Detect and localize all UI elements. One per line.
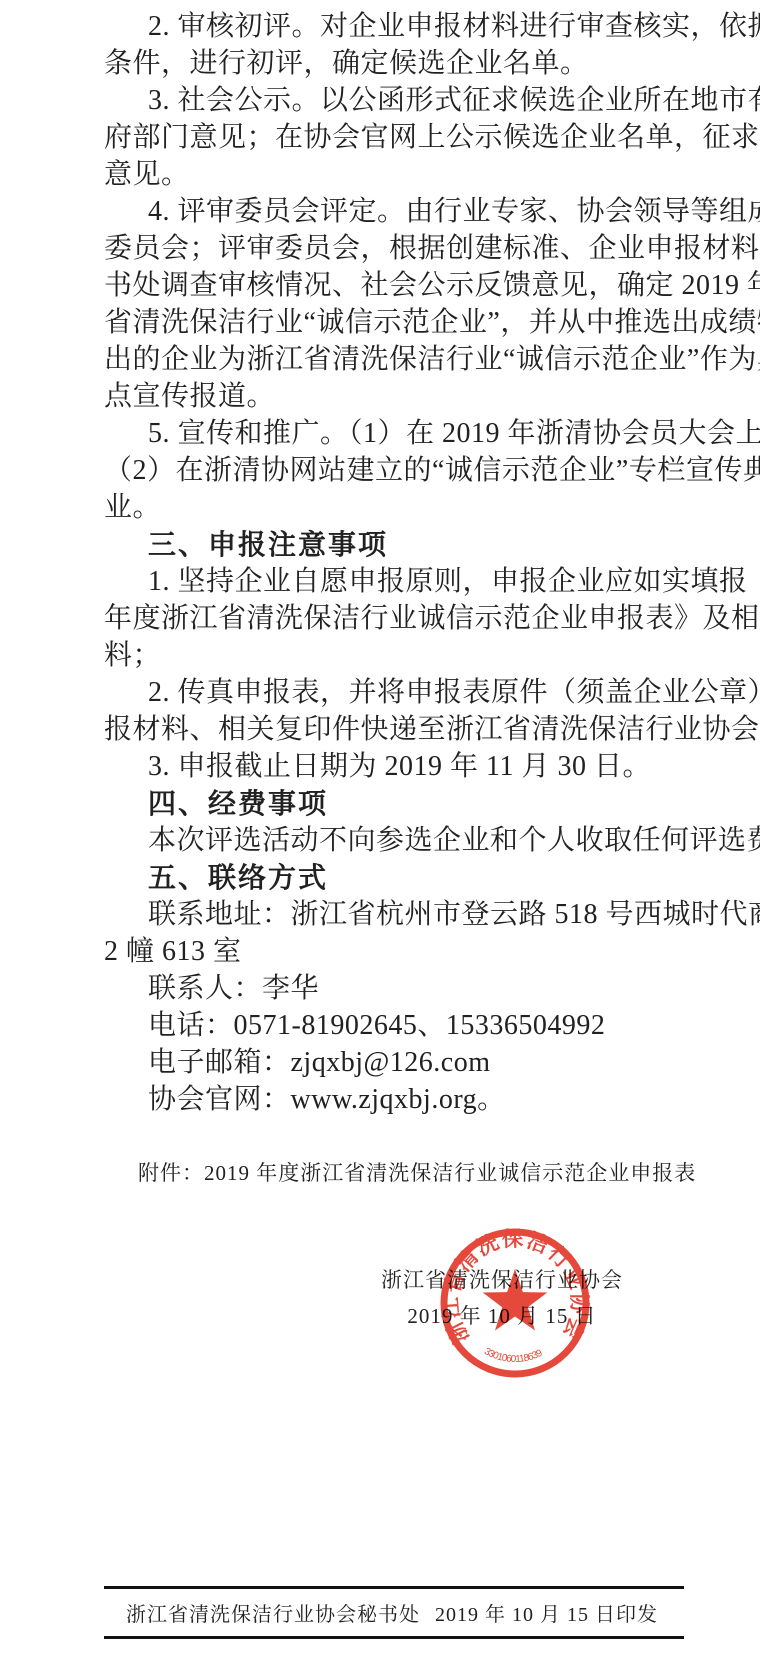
svg-text:3301060118639: 3301060118639 (482, 1346, 545, 1365)
contact-website-line: 协会官网：www.zjqxbj.org。 (0, 1081, 760, 1118)
contact-person-line: 联系人：李华 (0, 970, 760, 1007)
blank-line (0, 1118, 760, 1155)
official-seal: 浙江省清洗保洁行业协会 3301060118639 (429, 1217, 601, 1389)
body-line: 4. 评审委员会评定。由行业专家、协会领导等组成评审 (0, 193, 760, 230)
document-body: 2. 审核初评。对企业申报材料进行审查核实，依据推介 条件，进行初评，确定候选企… (0, 8, 760, 1192)
body-line: 3. 申报截止日期为 2019 年 11 月 30 日。 (0, 748, 760, 785)
attachment-line: 附件：2019 年度浙江省清洗保洁行业诚信示范企业申报表 (0, 1155, 760, 1192)
body-line: 点宣传报道。 (0, 378, 760, 415)
section-heading: 三、申报注意事项 (0, 526, 760, 563)
body-line: 1. 坚持企业自愿申报原则，申报企业应如实填报《2019 (0, 563, 760, 600)
footer-print-date: 2019 年 10 月 15 日印发 (435, 1598, 658, 1627)
body-line: 意见。 (0, 156, 760, 193)
body-line: 本次评选活动不向参选企业和个人收取任何评选费用。 (0, 822, 760, 859)
body-line: 报材料、相关复印件快递至浙江省清洗保洁行业协会秘书处； (0, 711, 760, 748)
star-icon (483, 1269, 548, 1331)
body-line: 2. 审核初评。对企业申报材料进行审查核实，依据推介 (0, 8, 760, 45)
body-line: 2. 传真申报表，并将申报表原件（须盖企业公章）及申 (0, 674, 760, 711)
body-line: 省清洗保洁行业“诚信示范企业”，并从中推选出成绩特别突 (0, 304, 760, 341)
footer-rule-bottom (104, 1636, 684, 1639)
page-footer: 浙江省清洗保洁行业协会秘书处 2019 年 10 月 15 日印发 (104, 1586, 684, 1636)
body-line: 条件，进行初评，确定候选企业名单。 (0, 45, 760, 82)
section-heading: 五、联络方式 (0, 859, 760, 896)
document-page: 2. 审核初评。对企业申报材料进行审查核实，依据推介 条件，进行初评，确定候选企… (0, 0, 760, 1674)
body-line: 5. 宣传和推广。（1）在 2019 年浙清协会员大会上颁奖； (0, 415, 760, 452)
body-line: 书处调查审核情况、社会公示反馈意见，确定 2019 年度浙江 (0, 267, 760, 304)
body-line: 料； (0, 637, 760, 674)
body-line: 3. 社会公示。以公函形式征求候选企业所在地市有关政 (0, 82, 760, 119)
footer-issuer: 浙江省清洗保洁行业协会秘书处 (126, 1598, 420, 1627)
contact-email-line: 电子邮箱：zjqxbj@126.com (0, 1044, 760, 1081)
body-line: 出的企业为浙江省清洗保洁行业“诚信示范企业”作为典型重 (0, 341, 760, 378)
body-line: 委员会；评审委员会，根据创建标准、企业申报材料、协会秘 (0, 230, 760, 267)
body-line: 业。 (0, 489, 760, 526)
body-line: （2）在浙清协网站建立的“诚信示范企业”专栏宣传典型企 (0, 452, 760, 489)
body-line: 年度浙江省清洗保洁行业诚信示范企业申报表》及相关申报材 (0, 600, 760, 637)
body-line: 府部门意见；在协会官网上公示候选企业名单，征求社会各界 (0, 119, 760, 156)
contact-phone-line: 电话：0571-81902645、15336504992 (0, 1007, 760, 1044)
seal-number: 3301060118639 (482, 1346, 545, 1365)
contact-address-line: 联系地址：浙江省杭州市登云路 518 号西城时代商务中心 (0, 896, 760, 933)
contact-address-line: 2 幢 613 室 (0, 933, 760, 970)
section-heading: 四、经费事项 (0, 785, 760, 822)
